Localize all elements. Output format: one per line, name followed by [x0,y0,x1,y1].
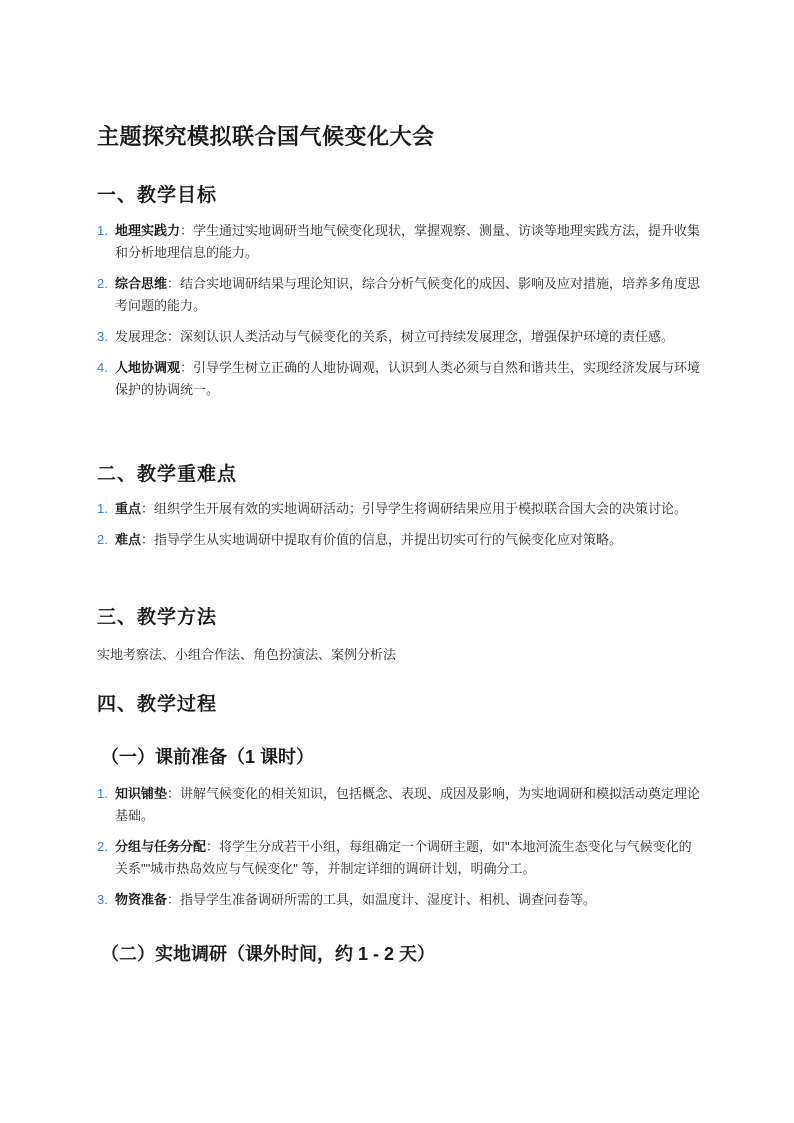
list-item-text: 学生通过实地调研当地气候变化现状，掌握观察、测量、访谈等地理实践方法，提升收集和… [115,223,700,260]
list-item-term: 知识铺垫 [115,786,167,801]
list-item-separator: ： [180,223,193,238]
list-item-text: 指导学生准备调研所需的工具，如温度计、湿度计、相机、调查问卷等。 [180,892,596,907]
list-item-term: 地理实践力 [115,223,180,238]
list-number: 1. [97,220,108,242]
document-title: 主题探究模拟联合国气候变化大会 [97,120,435,151]
list-item-text: 组织学生开展有效的实地调研活动；引导学生将调研结果应用于模拟联合国大会的决策讨论… [154,501,687,516]
section-heading-process: 四、教学过程 [97,689,217,716]
list-number: 2. [97,836,108,858]
list-item-text: 引导学生树立正确的人地协调观，认识到人类必须与自然和谐共生，实现经济发展与环境保… [115,360,700,397]
list-item-text: 深刻认识人类活动与气候变化的关系，树立可持续发展理念，增强保护环境的责任感。 [180,329,674,344]
section-heading-goals: 一、教学目标 [97,180,217,207]
key-points-list: 1.重点：组织学生开展有效的实地调研活动；引导学生将调研结果应用于模拟联合国大会… [97,498,701,560]
list-item-term: 综合思维 [115,276,167,291]
list-number: 2. [97,273,108,295]
list-number: 1. [97,498,108,520]
list-item-term: 物资准备 [115,892,167,907]
list-item: 1.重点：组织学生开展有效的实地调研活动；引导学生将调研结果应用于模拟联合国大会… [97,498,701,520]
list-number: 3. [97,889,108,911]
list-item-separator: ： [141,501,154,516]
list-item-term: 重点 [115,501,141,516]
list-item-separator: ： [180,360,193,375]
list-item-separator: ： [167,329,180,344]
list-item: 1.地理实践力：学生通过实地调研当地气候变化现状，掌握观察、测量、访谈等地理实践… [97,220,701,264]
preparation-list: 1.知识铺垫：讲解气候变化的相关知识，包括概念、表现、成因及影响，为实地调研和模… [97,783,701,920]
methods-text: 实地考察法、小组合作法、角色扮演法、案例分析法 [97,644,396,666]
list-item-text: 讲解气候变化的相关知识，包括概念、表现、成因及影响，为实地调研和模拟活动奠定理论… [115,786,700,823]
list-item-separator: ： [167,276,180,291]
list-item-separator: ： [167,786,180,801]
goals-list: 1.地理实践力：学生通过实地调研当地气候变化现状，掌握观察、测量、访谈等地理实践… [97,220,701,410]
subsection-heading-preparation: （一）课前准备（1 课时） [101,743,314,769]
list-number: 3. [97,326,108,348]
list-item: 3.发展理念：深刻认识人类活动与气候变化的关系，树立可持续发展理念，增强保护环境… [97,326,701,348]
list-item-separator: ： [141,532,154,547]
list-item: 4.人地协调观：引导学生树立正确的人地协调观，认识到人类必须与自然和谐共生，实现… [97,357,701,401]
section-heading-methods: 三、教学方法 [97,602,217,629]
list-item-term: 发展理念 [115,329,167,344]
list-item: 2.难点：指导学生从实地调研中提取有价值的信息，并提出切实可行的气候变化应对策略… [97,529,701,551]
list-item-term: 难点 [115,532,141,547]
list-item: 2.综合思维：结合实地调研结果与理论知识，综合分析气候变化的成因、影响及应对措施… [97,273,701,317]
list-item-term: 分组与任务分配 [115,839,206,854]
list-item-separator: ： [206,839,219,854]
list-number: 1. [97,783,108,805]
list-item-text: 指导学生从实地调研中提取有价值的信息，并提出切实可行的气候变化应对策略。 [154,532,622,547]
subsection-heading-field-research: （二）实地调研（课外时间，约 1 - 2 天） [101,940,435,966]
list-number: 2. [97,529,108,551]
list-item-separator: ： [167,892,180,907]
list-number: 4. [97,357,108,379]
list-item: 3.物资准备：指导学生准备调研所需的工具，如温度计、湿度计、相机、调查问卷等。 [97,889,701,911]
list-item-text: 结合实地调研结果与理论知识，综合分析气候变化的成因、影响及应对措施，培养多角度思… [115,276,700,313]
list-item-term: 人地协调观 [115,360,180,375]
section-heading-key-points: 二、教学重难点 [97,459,237,486]
list-item: 2.分组与任务分配：将学生分成若干小组，每组确定一个调研主题，如"本地河流生态变… [97,836,701,880]
list-item: 1.知识铺垫：讲解气候变化的相关知识，包括概念、表现、成因及影响，为实地调研和模… [97,783,701,827]
